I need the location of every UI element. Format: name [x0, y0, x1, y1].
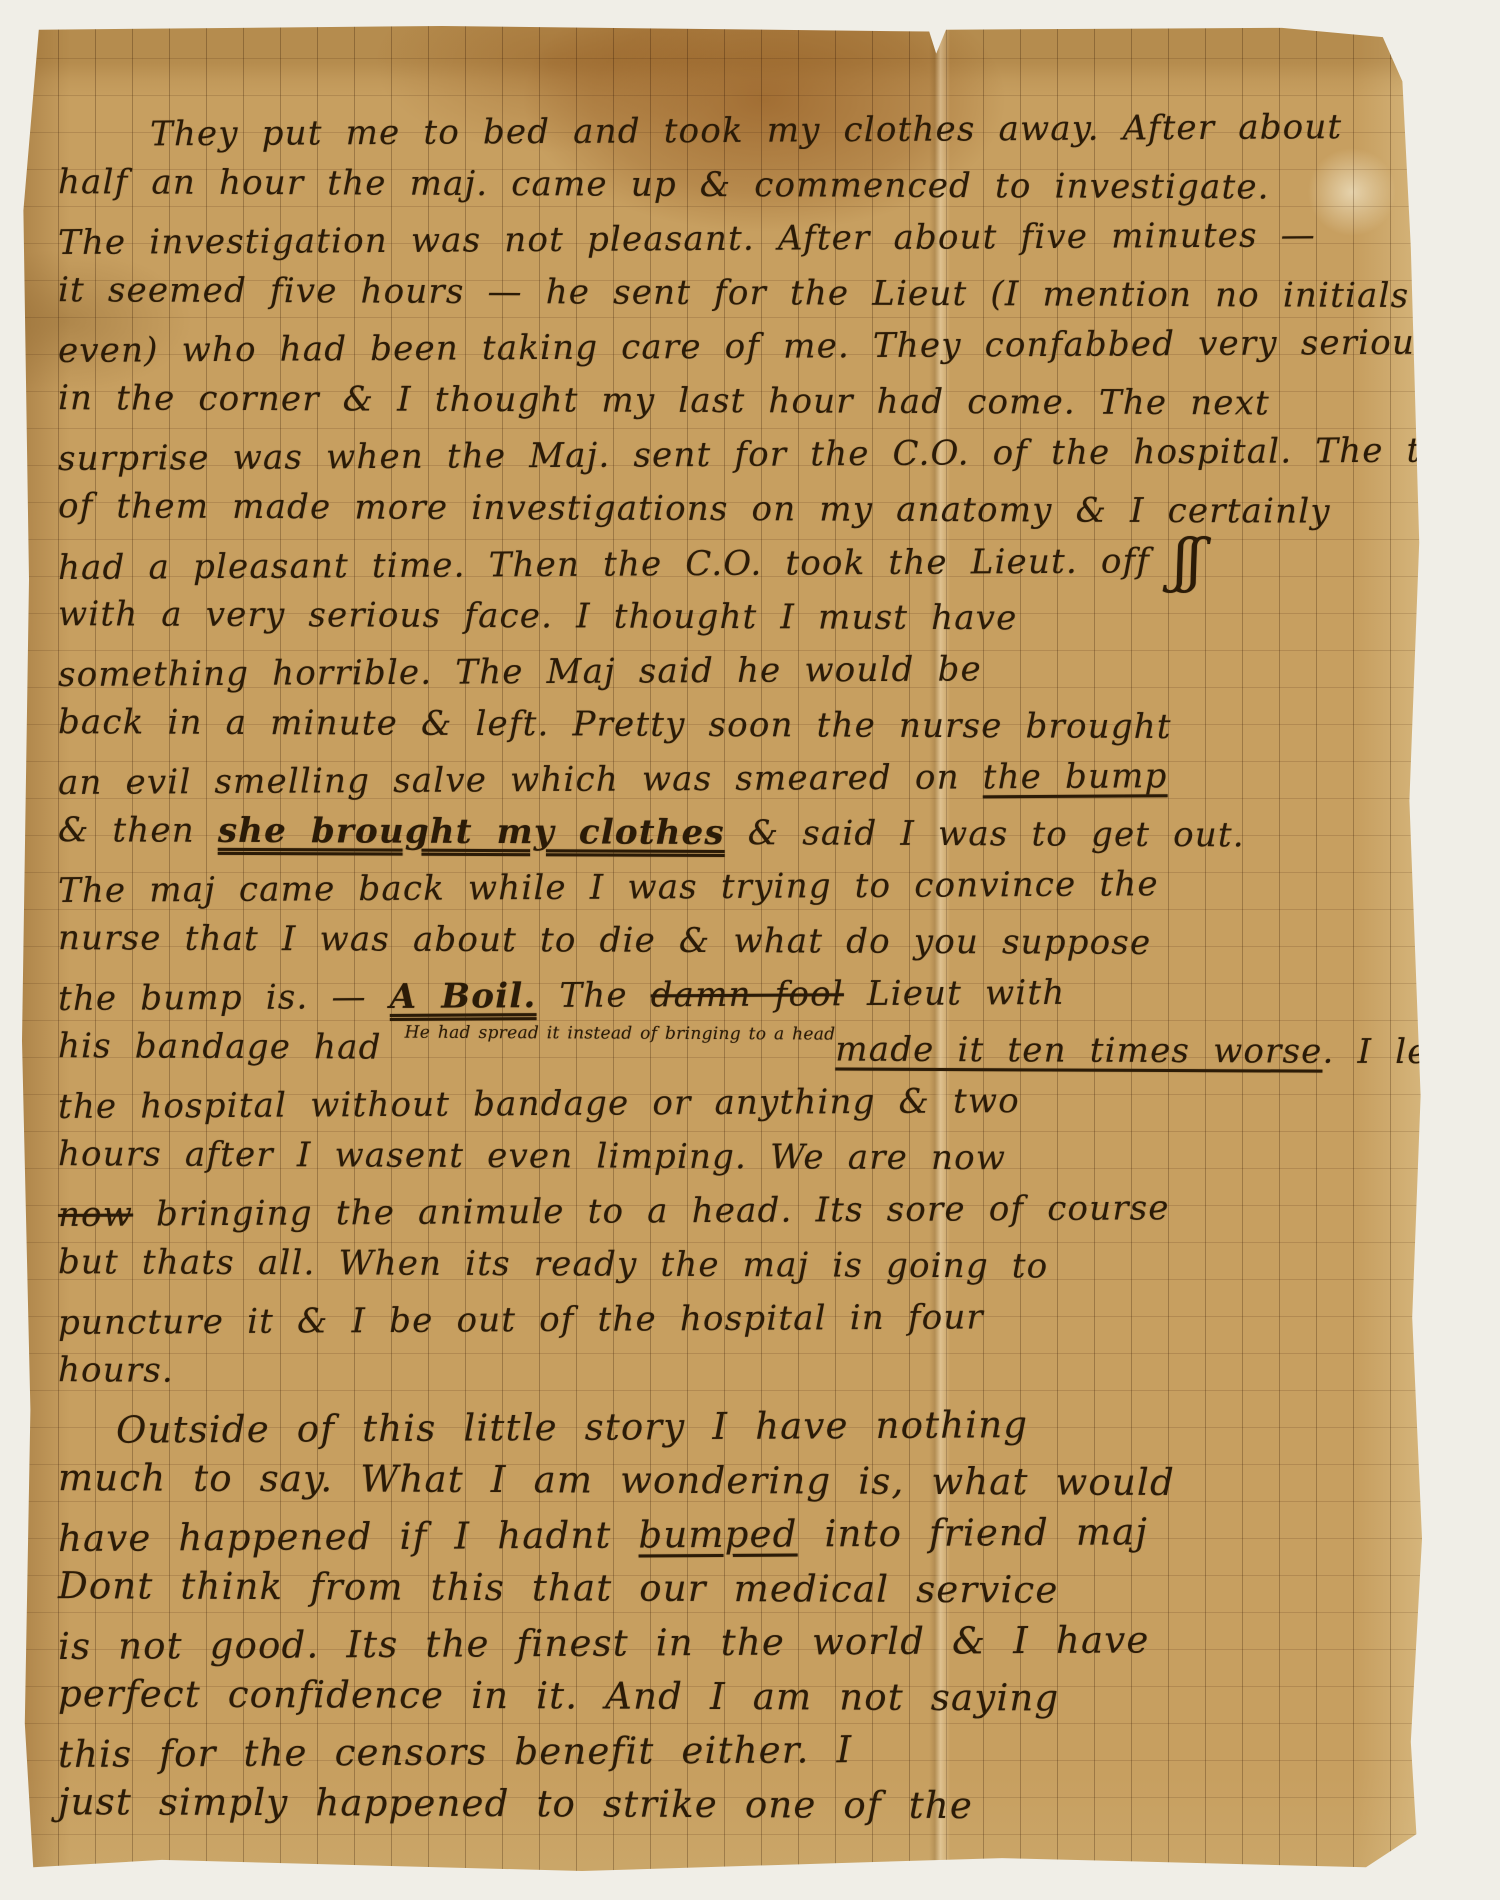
letter-line-segment: something horrible. The Maj said he woul…: [58, 649, 982, 695]
letter-line-segment: just simply happened to strike one of th…: [58, 1780, 973, 1827]
letter-line-segment: into friend maj: [797, 1510, 1148, 1555]
letter-line-segment: perfect confidence in it. And I am not s…: [58, 1672, 1060, 1719]
letter-line-segment: half an hour the maj. came up & commence…: [58, 162, 1270, 207]
letter-line-segment: . I left: [1322, 1032, 1457, 1073]
letter-line: perfect confidence in it. And I am not s…: [58, 1667, 1366, 1727]
letter-line-segment: surprise was when the Maj. sent for the …: [58, 430, 1500, 479]
letter-line-segment: puncture it & I be out of the hospital i…: [58, 1297, 984, 1343]
letter-line: an evil smelling salve which was smeared…: [58, 748, 1366, 810]
letter-line-segment: damn fool: [651, 974, 844, 1015]
letter-line: Outside of this little story I have noth…: [58, 1396, 1366, 1458]
letter-line: much to say. What I am wondering is, wha…: [58, 1451, 1366, 1511]
letter-line: even) who had been taking care of me. Th…: [58, 316, 1366, 378]
letter-line-segment: The: [536, 975, 651, 1016]
letter-line-segment: now: [58, 1195, 133, 1235]
letter-line: this for the censors benefit either. I: [58, 1720, 1366, 1782]
letter-line-segment: ʃʃ: [1173, 526, 1201, 594]
letter-line-segment: much to say. What I am wondering is, wha…: [58, 1456, 1175, 1504]
letter-line-segment: with a very serious face. I thought I mu…: [58, 594, 1018, 638]
letter-line: with a very serious face. I thought I mu…: [58, 587, 1366, 647]
letter-line-segment: Lieut with: [844, 973, 1066, 1014]
scan-background: { "colors": { "scan_background": "#f0eee…: [0, 0, 1500, 1900]
letter-line-segment: hours after I wasent even limping. We ar…: [58, 1134, 1006, 1178]
letter-line: it seemed five hours — he sent for the L…: [58, 263, 1366, 323]
letter-line: Dont think from this that our medical se…: [58, 1559, 1366, 1619]
letter-line-segment: & then: [58, 810, 218, 851]
letter-line: is not good. Its the finest in the world…: [58, 1612, 1366, 1674]
letter-line-segment: A Boil.: [390, 976, 537, 1017]
letter-line-segment: his bandage had: [58, 1026, 405, 1068]
letter-line: The maj came back while I was trying to …: [58, 856, 1366, 918]
letter-line-segment: it seemed five hours — he sent for the L…: [58, 270, 1409, 316]
letter-line-segment: bumped: [638, 1512, 797, 1556]
letter-line: his bandage had He had spread it instead…: [58, 1019, 1366, 1079]
letter-line-segment: made it ten times worse: [835, 1030, 1322, 1072]
letter-line: the bump is. — A Boil. The damn fool Lie…: [58, 964, 1366, 1026]
letter-line-segment: hours.: [58, 1350, 174, 1391]
letter-line: They put me to bed and took my clothes a…: [58, 100, 1366, 162]
letter-line-segment: bringing the animule to a head. Its sore…: [133, 1188, 1170, 1234]
letter-line-segment: & said I was to get out.: [725, 813, 1245, 855]
letter-line-segment: He had spread it instead of bringing to …: [405, 1026, 836, 1042]
letter-line-segment: in the corner & I thought my last hour h…: [58, 378, 1270, 423]
letter-line-segment: the bump: [983, 756, 1168, 797]
letter-page: They put me to bed and took my clothes a…: [22, 26, 1422, 1871]
letter-line-segment: had a pleasant time. Then the C.O. took …: [58, 541, 1173, 588]
letter-line: & then she brought my clothes & said I w…: [58, 803, 1366, 863]
letter-line-segment: back in a minute & left. Pretty soon the…: [58, 702, 1172, 747]
letter-line-segment: of them made more investigations on my a…: [58, 486, 1331, 532]
letter-line-segment: this for the censors benefit either. I: [58, 1728, 853, 1776]
letter-line-segment: Dont think from this that our medical se…: [58, 1564, 1059, 1611]
letter-line: now bringing the animule to a head. Its …: [58, 1180, 1366, 1242]
letter-line: hours after I wasent even limping. We ar…: [58, 1127, 1366, 1187]
letter-line: the hospital without bandage or anything…: [58, 1072, 1366, 1134]
letter-line: have happened if I hadnt bumped into fri…: [58, 1504, 1366, 1566]
letter-body: They put me to bed and took my clothes a…: [58, 104, 1366, 1851]
letter-line-segment: but thats all. When its ready the maj is…: [58, 1242, 1049, 1286]
letter-line-segment: nurse that I was about to die & what do …: [58, 918, 1151, 963]
letter-line: surprise was when the Maj. sent for the …: [58, 424, 1366, 486]
letter-line: back in a minute & left. Pretty soon the…: [58, 695, 1366, 755]
letter-line: but thats all. When its ready the maj is…: [58, 1235, 1366, 1295]
letter-line-segment: the bump is. —: [58, 977, 390, 1019]
letter-line: nurse that I was about to die & what do …: [58, 911, 1366, 971]
letter-line: had a pleasant time. Then the C.O. took …: [58, 532, 1366, 594]
letter-line: something horrible. The Maj said he woul…: [58, 640, 1366, 702]
letter-line: just simply happened to strike one of th…: [58, 1775, 1366, 1835]
letter-line-segment: Outside of this little story I have noth…: [116, 1403, 1028, 1452]
letter-line-segment: an evil smelling salve which was smeared…: [58, 757, 983, 803]
letter-line: in the corner & I thought my last hour h…: [58, 371, 1366, 431]
letter-line: of them made more investigations on my a…: [58, 479, 1366, 539]
letter-line-segment: she brought my clothes: [218, 811, 725, 853]
letter-line: The investigation was not pleasant. Afte…: [58, 208, 1366, 270]
letter-line-segment: They put me to bed and took my clothes a…: [150, 107, 1343, 154]
letter-line-segment: even) who had been taking care of me. Th…: [58, 322, 1466, 371]
letter-line: half an hour the maj. came up & commence…: [58, 155, 1366, 215]
letter-line: puncture it & I be out of the hospital i…: [58, 1288, 1366, 1350]
letter-line-segment: The investigation was not pleasant. Afte…: [58, 215, 1316, 263]
letter-line-segment: is not good. Its the finest in the world…: [58, 1618, 1150, 1668]
letter-line-segment: The maj came back while I was trying to …: [58, 864, 1159, 911]
letter-line-segment: have happened if I hadnt: [58, 1513, 639, 1560]
letter-line: hours.: [58, 1343, 1366, 1403]
letter-line-segment: the hospital without bandage or anything…: [58, 1081, 1020, 1127]
